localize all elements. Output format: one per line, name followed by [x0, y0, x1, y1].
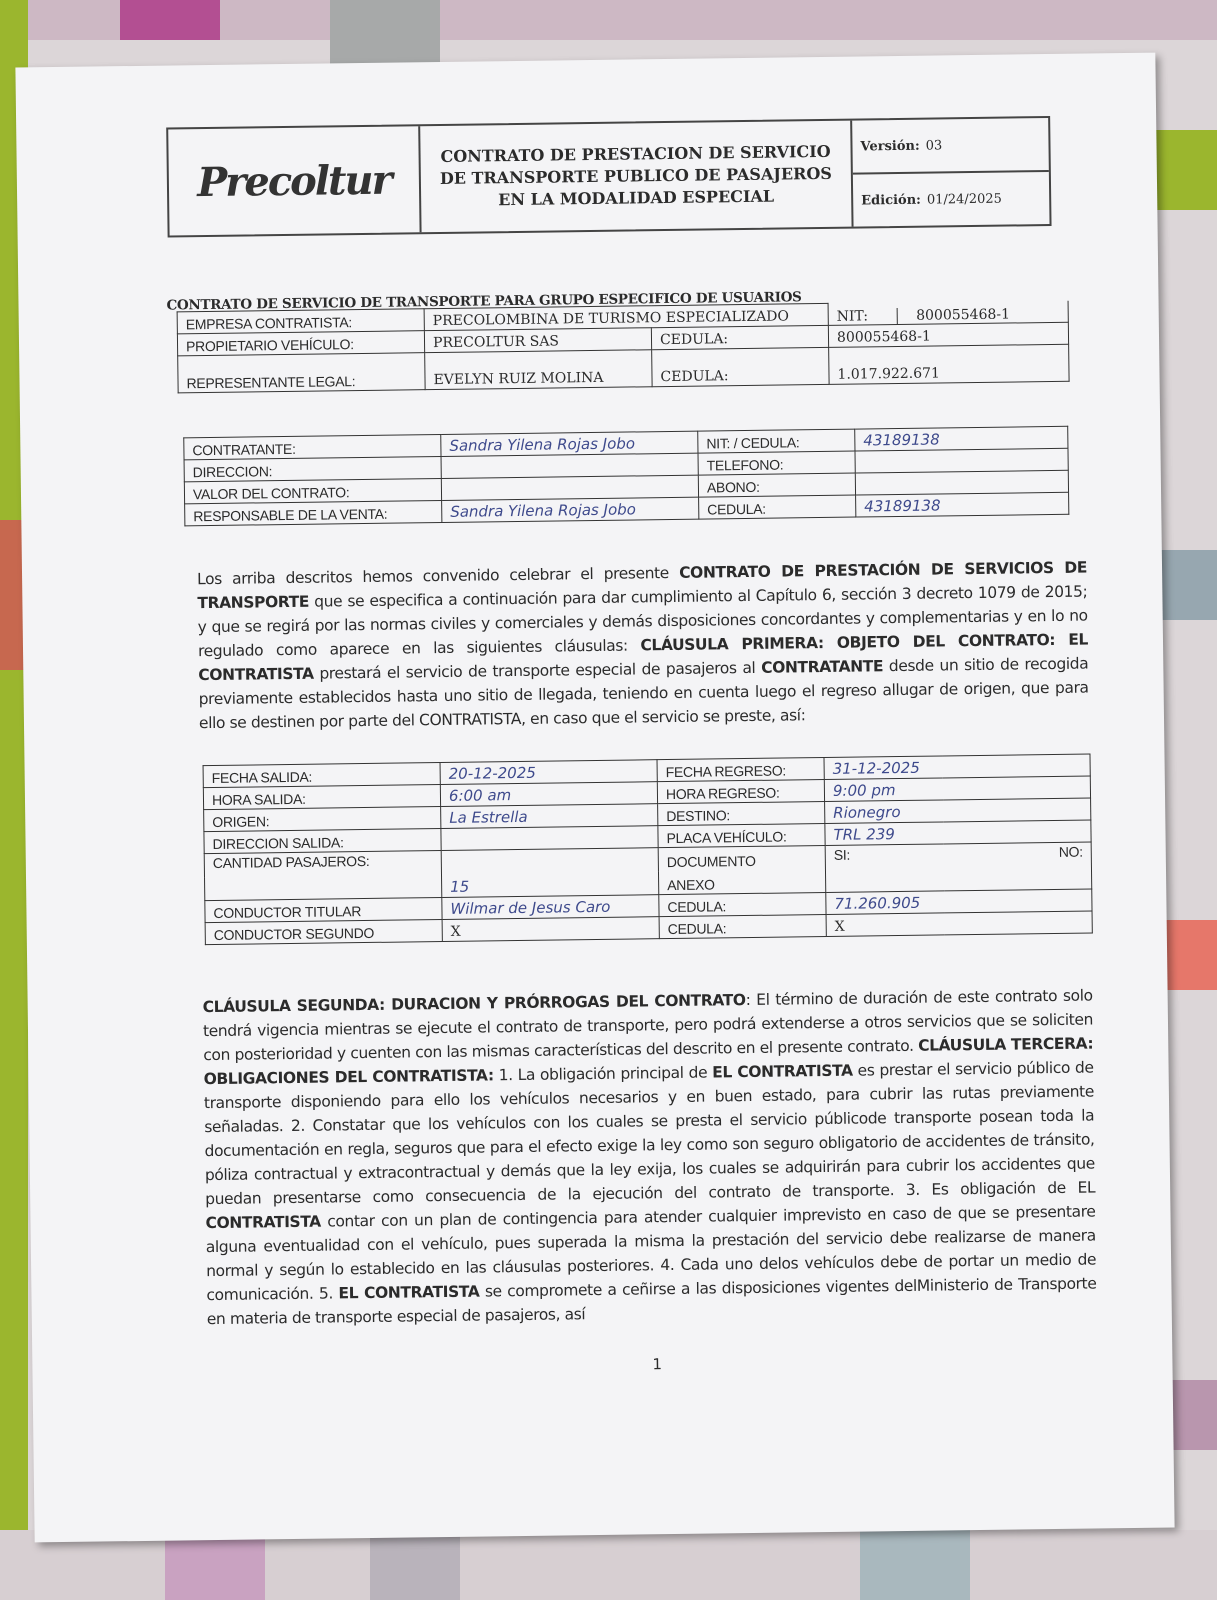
version-label: Versión: [860, 138, 919, 154]
responsable-value: Sandra Yilena Rojas Jobo [442, 497, 699, 522]
bold-text: CONTRATANTE [761, 657, 883, 677]
vehicle-owner-value: PRECOLTUR SAS [424, 328, 651, 353]
conductor-segundo-label: CONDUCTOR SEGUNDO [205, 920, 442, 945]
edition-value: 01/24/2025 [927, 191, 1002, 207]
nit-label: NIT: [829, 308, 898, 325]
conductor-segundo-value: X [442, 917, 659, 942]
fecha-salida-label: FECHA SALIDA: [203, 763, 440, 788]
si-label: SI: [825, 844, 944, 869]
document-title: CONTRATO DE PRESTACION DE SERVICIO DE TR… [420, 121, 853, 233]
bold-text: EL CONTRATISTA [712, 1062, 853, 1082]
nit-cedula-label: NIT: / CEDULA: [698, 429, 855, 453]
document-header: Precoltur CONTRATO DE PRESTACION DE SERV… [166, 116, 1051, 238]
legal-rep-value: EVELYN RUIZ MOLINA [425, 350, 652, 390]
nit-cell: NIT: 800055468-1 [828, 300, 1068, 325]
title-line: EN LA MODALIDAD ESPECIAL [498, 186, 774, 212]
cedula2-value: X [826, 911, 1092, 936]
cedula-label: CEDULA: [699, 495, 856, 519]
version-value: 03 [926, 138, 943, 153]
fecha-regreso-label: FECHA REGRESO: [657, 757, 824, 781]
edition-row: Edición: 01/24/2025 [853, 170, 1050, 227]
edition-label: Edición: [861, 192, 921, 208]
cedula2-label: CEDULA: [659, 914, 826, 938]
placa-label: PLACA VEHÍCULO: [658, 823, 825, 847]
responsable-label: RESPONSABLE DE LA VENTA: [185, 500, 442, 525]
hora-salida-value: 6:00 am [440, 782, 657, 807]
hora-salida-label: HORA SALIDA: [203, 785, 440, 810]
company-info-table: EMPRESA CONTRATISTA: PRECOLOMBINA DE TUR… [177, 300, 1070, 394]
anexo-value [825, 866, 1091, 893]
abono-label: ABONO: [698, 473, 855, 497]
direccion-salida-value [441, 826, 658, 851]
bold-text: CONTRATISTA [205, 1213, 321, 1233]
page-number: 1 [652, 1355, 662, 1373]
direccion-salida-label: DIRECCION SALIDA: [204, 829, 441, 854]
contractor-company-label: EMPRESA CONTRATISTA: [177, 309, 424, 334]
telefono-label: TELEFONO: [698, 451, 855, 475]
contractor-info-table: CONTRATANTE: Sandra Yilena Rojas Jobo NI… [183, 426, 1069, 527]
legal-rep-cedula-label: CEDULA: [652, 347, 829, 386]
fecha-salida-value: 20-12-2025 [440, 760, 657, 785]
vehicle-owner-label: PROPIETARIO VEHÍCULO: [177, 331, 424, 356]
destino-label: DESTINO: [658, 801, 825, 825]
contract-page: Precoltur CONTRATO DE PRESTACION DE SERV… [15, 53, 1174, 1543]
abono-value [855, 470, 1068, 495]
nit-value: 800055468-1 [902, 307, 1010, 324]
cantidad-value: 15 [441, 848, 659, 898]
hora-regreso-label: HORA REGRESO: [657, 779, 824, 803]
cantidad-label: CANTIDAD PASAJEROS: [204, 851, 442, 901]
legal-rep-cedula-value: 1.017.922.671 [829, 344, 1069, 384]
cedula1-label: CEDULA: [659, 892, 826, 916]
document-meta: Versión: 03 Edición: 01/24/2025 [852, 118, 1049, 227]
owner-cedula-label: CEDULA: [651, 325, 828, 349]
bold-text: CLÁUSULA SEGUNDA: DURACION Y PRÓRROGAS D… [203, 991, 746, 1016]
logo-cell: Precoltur [168, 126, 421, 235]
version-row: Versión: 03 [852, 118, 1049, 173]
text: prestará el servicio de transporte espec… [314, 659, 762, 683]
bold-text: EL CONTRATISTA [338, 1283, 479, 1303]
conductor-titular-value: Wilmar de Jesus Caro [442, 895, 659, 920]
documento-label: DOCUMENTO [658, 845, 825, 871]
owner-cedula-value: 800055468-1 [828, 322, 1068, 347]
anexo-label: ANEXO [658, 869, 825, 895]
nit-cedula-value: 43189138 [855, 426, 1068, 451]
text: 1. La obligación principal de [494, 1063, 713, 1084]
intro-paragraph: Los arriba descritos hemos convenido cel… [197, 556, 1089, 736]
telefono-value [855, 448, 1068, 473]
legal-rep-label: REPRESENTANTE LEGAL: [178, 353, 425, 393]
clauses-paragraph: CLÁUSULA SEGUNDA: DURACION Y PRÓRROGAS D… [203, 984, 1097, 1332]
cedula-value: 43189138 [856, 492, 1069, 517]
origen-value: La Estrella [441, 804, 658, 829]
origen-label: ORIGEN: [204, 807, 441, 832]
trip-details-table: FECHA SALIDA: 20-12-2025 FECHA REGRESO: … [203, 754, 1093, 946]
no-label: NO: [944, 842, 1091, 867]
conductor-titular-label: CONDUCTOR TITULAR [205, 898, 442, 923]
company-logo: Precoltur [197, 156, 391, 206]
text: Los arriba descritos hemos convenido cel… [197, 564, 679, 588]
